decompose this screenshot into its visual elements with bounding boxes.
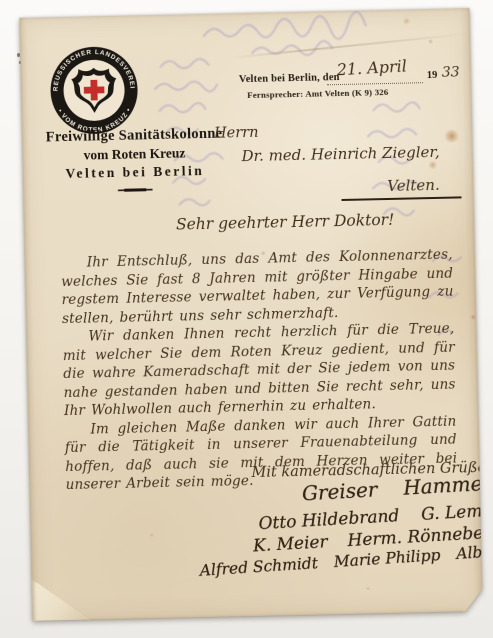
letterhead-line2: vom Roten Kreuz — [30, 144, 238, 165]
stain-spot — [150, 533, 154, 537]
letter-page: PREUSSISCHER LANDESVEREIN • VOM ROTEN KR… — [19, 8, 482, 621]
signature: K. Meier — [253, 532, 329, 556]
signature: Greiser — [301, 477, 378, 505]
letterhead-rule — [124, 188, 146, 191]
stain-spot — [470, 314, 476, 320]
stain-spot — [366, 586, 370, 590]
letterhead-line3: Velten bei Berlin — [31, 162, 239, 183]
body-paragraph: Wir danken Ihnen recht herzlich für die … — [62, 320, 456, 421]
stain-spot — [443, 129, 460, 142]
handwritten-year: 33 — [442, 64, 460, 80]
signature: Alfred Schmidt — [199, 554, 318, 580]
paper-sheet: PREUSSISCHER LANDESVEREIN • VOM ROTEN KR… — [19, 8, 482, 621]
letter-body: Ihr Entschluß, uns das Amt des Kolonnena… — [61, 246, 458, 495]
dateline-printed-prefix: Velten bei Berlin, den — [239, 72, 340, 85]
stain-spot — [428, 161, 438, 169]
stain-spot — [428, 39, 433, 44]
signature: G. Lemm — [421, 500, 493, 524]
phone-line: Fernsprecher: Amt Velten (K 9) 326 — [247, 87, 388, 100]
paper-crease — [229, 33, 472, 59]
recipient-place: Velten. — [387, 176, 440, 195]
recipient-place-underline — [342, 196, 462, 201]
letterhead: Freiwillige Sanitätskolonne vom Roten Kr… — [30, 125, 239, 193]
salutation: Sehr geehrter Herr Doktor! — [176, 211, 395, 234]
body-paragraph: Ihr Entschluß, uns das Amt des Kolonnena… — [61, 246, 455, 329]
stain-spot — [403, 17, 411, 24]
red-cross-seal: PREUSSISCHER LANDESVEREIN • VOM ROTEN KR… — [47, 43, 141, 137]
recipient-name: Dr. med. Heinrich Ziegler, — [241, 143, 440, 165]
letterhead-line1: Freiwillige Sanitätskolonne — [30, 125, 238, 147]
recipient-title: Herrn — [214, 125, 259, 142]
printed-year-prefix: 19 — [427, 70, 438, 81]
handwritten-date: 21. April — [336, 56, 407, 79]
